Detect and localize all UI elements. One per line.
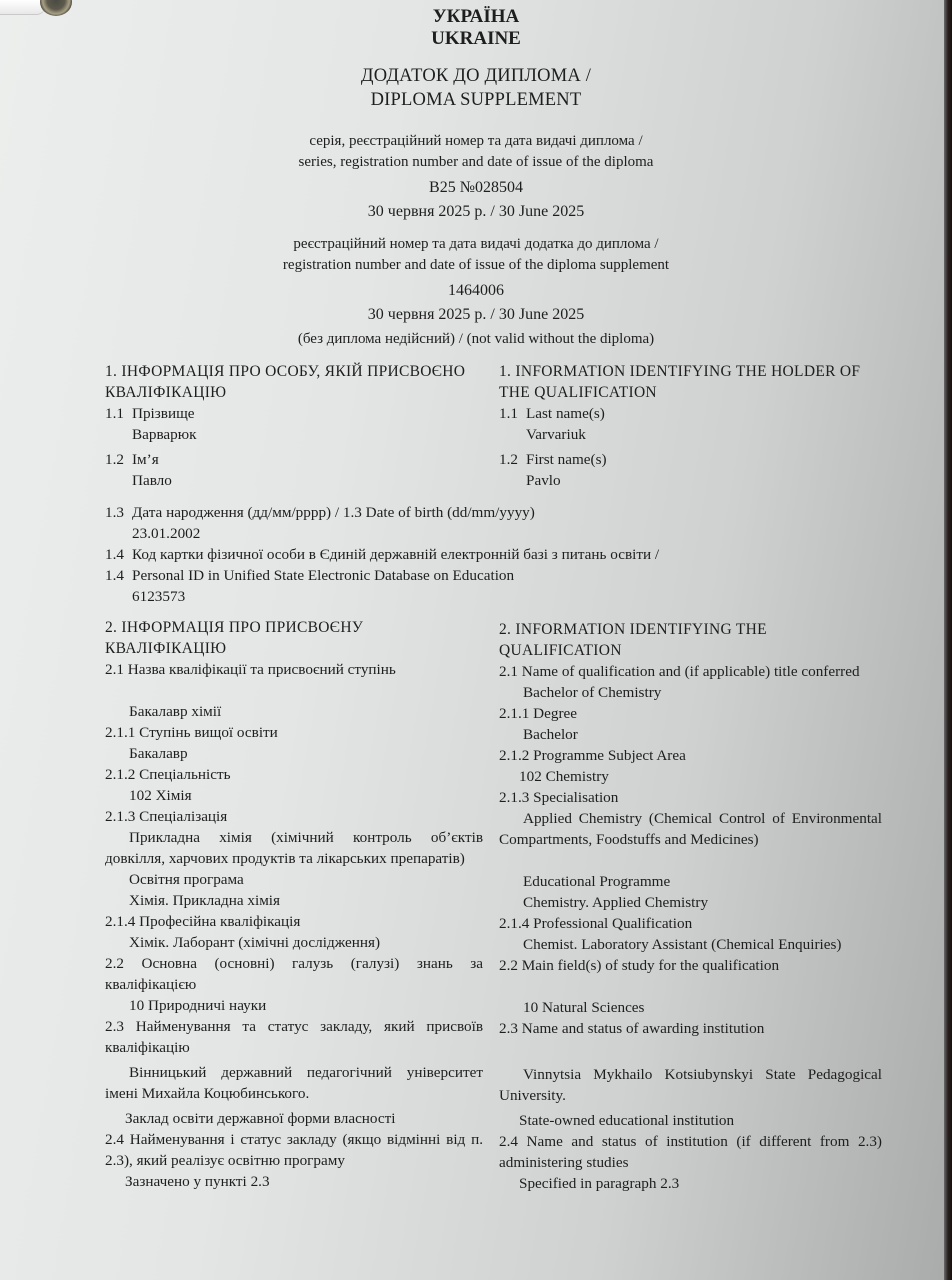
field-number: 1.1 <box>499 403 526 424</box>
q24-label-ua: 2.4 Найменування і статус закладу (якщо … <box>105 1129 483 1171</box>
program-value-ua: Хімія. Прикладна хімія <box>105 890 483 911</box>
section2-heading-en-line1: 2. INFORMATION IDENTIFYING THE <box>499 619 882 640</box>
q211-label-ua: 2.1.1 Ступінь вищої освіти <box>105 722 483 743</box>
personal-details: 1.3 Дата народження (дд/мм/рррр) / 1.3 D… <box>105 502 885 607</box>
field-label: Дата народження (дд/мм/рррр) / 1.3 Date … <box>132 502 535 523</box>
program-value-en: Chemistry. Applied Chemistry <box>499 892 882 913</box>
q214-label-ua: 2.1.4 Професійна кваліфікація <box>105 911 483 932</box>
section1-heading-en-line2: THE QUALIFICATION <box>499 382 882 403</box>
supplement-label-en: registration number and date of issue of… <box>0 255 952 276</box>
supplement-label-ua: реєстраційний номер та дата видачі додат… <box>0 234 952 255</box>
program-label-ua: Освітня програма <box>105 869 483 890</box>
q211-label-en: 2.1.1 Degree <box>499 703 882 724</box>
q214-value-ua: Хімік. Лаборант (хімічні дослідження) <box>105 932 483 953</box>
section2-heading-en-line2: QUALIFICATION <box>499 640 882 661</box>
section1-heading-ua-line2: КВАЛІФІКАЦІЮ <box>105 382 483 403</box>
date-of-birth-field: 1.3 Дата народження (дд/мм/рррр) / 1.3 D… <box>105 502 885 523</box>
first-name-field-ua: 1.2 Ім’я <box>105 449 483 470</box>
document-title: ДОДАТОК ДО ДИПЛОМА / DIPLOMA SUPPLEMENT <box>0 64 952 112</box>
title-en: DIPLOMA SUPPLEMENT <box>0 88 952 112</box>
section1-heading-en: 1. INFORMATION IDENTIFYING THE HOLDER OF… <box>499 361 882 403</box>
section2-en: 2. INFORMATION IDENTIFYING THE QUALIFICA… <box>499 619 882 1194</box>
last-name-value-ua: Варварюк <box>105 424 483 445</box>
section2-heading-ua: 2. ІНФОРМАЦІЯ ПРО ПРИСВОЄНУ КВАЛІФІКАЦІЮ <box>105 617 483 659</box>
date-of-birth-value: 23.01.2002 <box>105 523 885 544</box>
q23-value-en: Vinnytsia Mykhailo Kotsiubynskyi State P… <box>499 1064 882 1106</box>
personal-id-value: 6123573 <box>105 586 885 607</box>
q214-value-en: Chemist. Laboratory Assistant (Chemical … <box>499 934 882 955</box>
validity-note: (без диплома недійсний) / (not valid wit… <box>0 329 952 349</box>
section2-heading-ua-line1: 2. ІНФОРМАЦІЯ ПРО ПРИСВОЄНУ <box>105 617 483 638</box>
country-header: УКРАЇНА UKRAINE <box>0 6 952 50</box>
last-name-field-ua: 1.1 Прізвище <box>105 403 483 424</box>
q21-label-ua: 2.1 Назва кваліфікації та присвоєний сту… <box>105 659 483 680</box>
field-number: 1.4 <box>105 544 132 565</box>
personal-id-field-ua: 1.4 Код картки фізичної особи в Єдиній д… <box>105 544 885 565</box>
q23-status-ua: Заклад освіти державної форми власності <box>105 1108 483 1129</box>
q23-label-ua: 2.3 Найменування та статус закладу, який… <box>105 1016 483 1058</box>
q211-value-en: Bachelor <box>499 724 882 745</box>
q23-status-en: State-owned educational institution <box>499 1110 882 1131</box>
section2-ua: 2. ІНФОРМАЦІЯ ПРО ПРИСВОЄНУ КВАЛІФІКАЦІЮ… <box>105 617 483 1192</box>
q21-label-en: 2.1 Name of qualification and (if applic… <box>499 661 882 682</box>
q214-label-en: 2.1.4 Professional Qualification <box>499 913 882 934</box>
q24-value-en: Specified in paragraph 2.3 <box>499 1173 882 1194</box>
field-number: 1.2 <box>499 449 526 470</box>
program-label-en: Educational Programme <box>499 871 882 892</box>
last-name-field-en: 1.1 Last name(s) <box>499 403 882 424</box>
q213-value-en: Applied Chemistry (Chemical Control of E… <box>499 808 882 850</box>
q22-label-ua: 2.2 Основна (основні) галузь (галузі) зн… <box>105 953 483 995</box>
q24-label-en: 2.4 Name and status of institution (if d… <box>499 1131 882 1173</box>
q23-label-en: 2.3 Name and status of awarding institut… <box>499 1018 882 1039</box>
q212-value-ua: 102 Хімія <box>105 785 483 806</box>
field-label: Прізвище <box>132 403 195 424</box>
supplement-number: 1464006 <box>0 279 952 303</box>
section2-heading-ua-line2: КВАЛІФІКАЦІЮ <box>105 638 483 659</box>
field-label: Ім’я <box>132 449 159 470</box>
field-label: Код картки фізичної особи в Єдиній держа… <box>132 544 659 565</box>
diploma-label-ua: серія, реєстраційний номер та дата видач… <box>0 131 952 152</box>
field-label: First name(s) <box>526 449 607 470</box>
q213-label-en: 2.1.3 Specialisation <box>499 787 882 808</box>
country-en: UKRAINE <box>0 28 952 50</box>
q24-value-ua: Зазначено у пункті 2.3 <box>105 1171 483 1192</box>
section1-heading-en-line1: 1. INFORMATION IDENTIFYING THE HOLDER OF <box>499 361 882 382</box>
q213-label-ua: 2.1.3 Спеціалізація <box>105 806 483 827</box>
q22-value-ua: 10 Природничі науки <box>105 995 483 1016</box>
first-name-field-en: 1.2 First name(s) <box>499 449 882 470</box>
field-label: Last name(s) <box>526 403 605 424</box>
supplement-label: реєстраційний номер та дата видачі додат… <box>0 234 952 276</box>
q21-value-ua: Бакалавр хімії <box>105 701 483 722</box>
field-number: 1.1 <box>105 403 132 424</box>
field-number: 1.3 <box>105 502 132 523</box>
section1-ua: 1. ІНФОРМАЦІЯ ПРО ОСОБУ, ЯКІЙ ПРИСВОЄНО … <box>105 361 483 491</box>
section2-heading-en: 2. INFORMATION IDENTIFYING THE QUALIFICA… <box>499 619 882 661</box>
section1-heading-ua-line1: 1. ІНФОРМАЦІЯ ПРО ОСОБУ, ЯКІЙ ПРИСВОЄНО <box>105 361 483 382</box>
diploma-label-en: series, registration number and date of … <box>0 152 952 173</box>
diploma-number-block: B25 №028504 30 червня 2025 р. / 30 June … <box>0 176 952 224</box>
q213-value-ua: Прикладна хімія (хімічний контроль об’єк… <box>105 827 483 869</box>
q22-label-en: 2.2 Main field(s) of study for the quali… <box>499 955 882 976</box>
first-name-value-en: Pavlo <box>499 470 882 491</box>
supplement-date: 30 червня 2025 р. / 30 June 2025 <box>0 303 952 327</box>
diploma-date: 30 червня 2025 р. / 30 June 2025 <box>0 200 952 224</box>
personal-id-field-en: 1.4 Personal ID in Unified State Electro… <box>105 565 885 586</box>
field-number: 1.4 <box>105 565 132 586</box>
field-label: Personal ID in Unified State Electronic … <box>132 565 514 586</box>
section1-en: 1. INFORMATION IDENTIFYING THE HOLDER OF… <box>499 361 882 491</box>
first-name-value-ua: Павло <box>105 470 483 491</box>
field-number: 1.2 <box>105 449 132 470</box>
q212-value-en: 102 Chemistry <box>499 766 882 787</box>
diploma-number: B25 №028504 <box>0 176 952 200</box>
last-name-value-en: Varvariuk <box>499 424 882 445</box>
title-ua: ДОДАТОК ДО ДИПЛОМА / <box>0 64 952 88</box>
q211-value-ua: Бакалавр <box>105 743 483 764</box>
supplement-number-block: 1464006 30 червня 2025 р. / 30 June 2025 <box>0 279 952 327</box>
country-ua: УКРАЇНА <box>0 6 952 28</box>
q212-label-ua: 2.1.2 Спеціальність <box>105 764 483 785</box>
q22-value-en: 10 Natural Sciences <box>499 997 882 1018</box>
q23-value-ua: Вінницький державний педагогічний універ… <box>105 1062 483 1104</box>
q212-label-en: 2.1.2 Programme Subject Area <box>499 745 882 766</box>
section1-heading-ua: 1. ІНФОРМАЦІЯ ПРО ОСОБУ, ЯКІЙ ПРИСВОЄНО … <box>105 361 483 403</box>
diploma-label: серія, реєстраційний номер та дата видач… <box>0 131 952 173</box>
q21-value-en: Bachelor of Chemistry <box>499 682 882 703</box>
